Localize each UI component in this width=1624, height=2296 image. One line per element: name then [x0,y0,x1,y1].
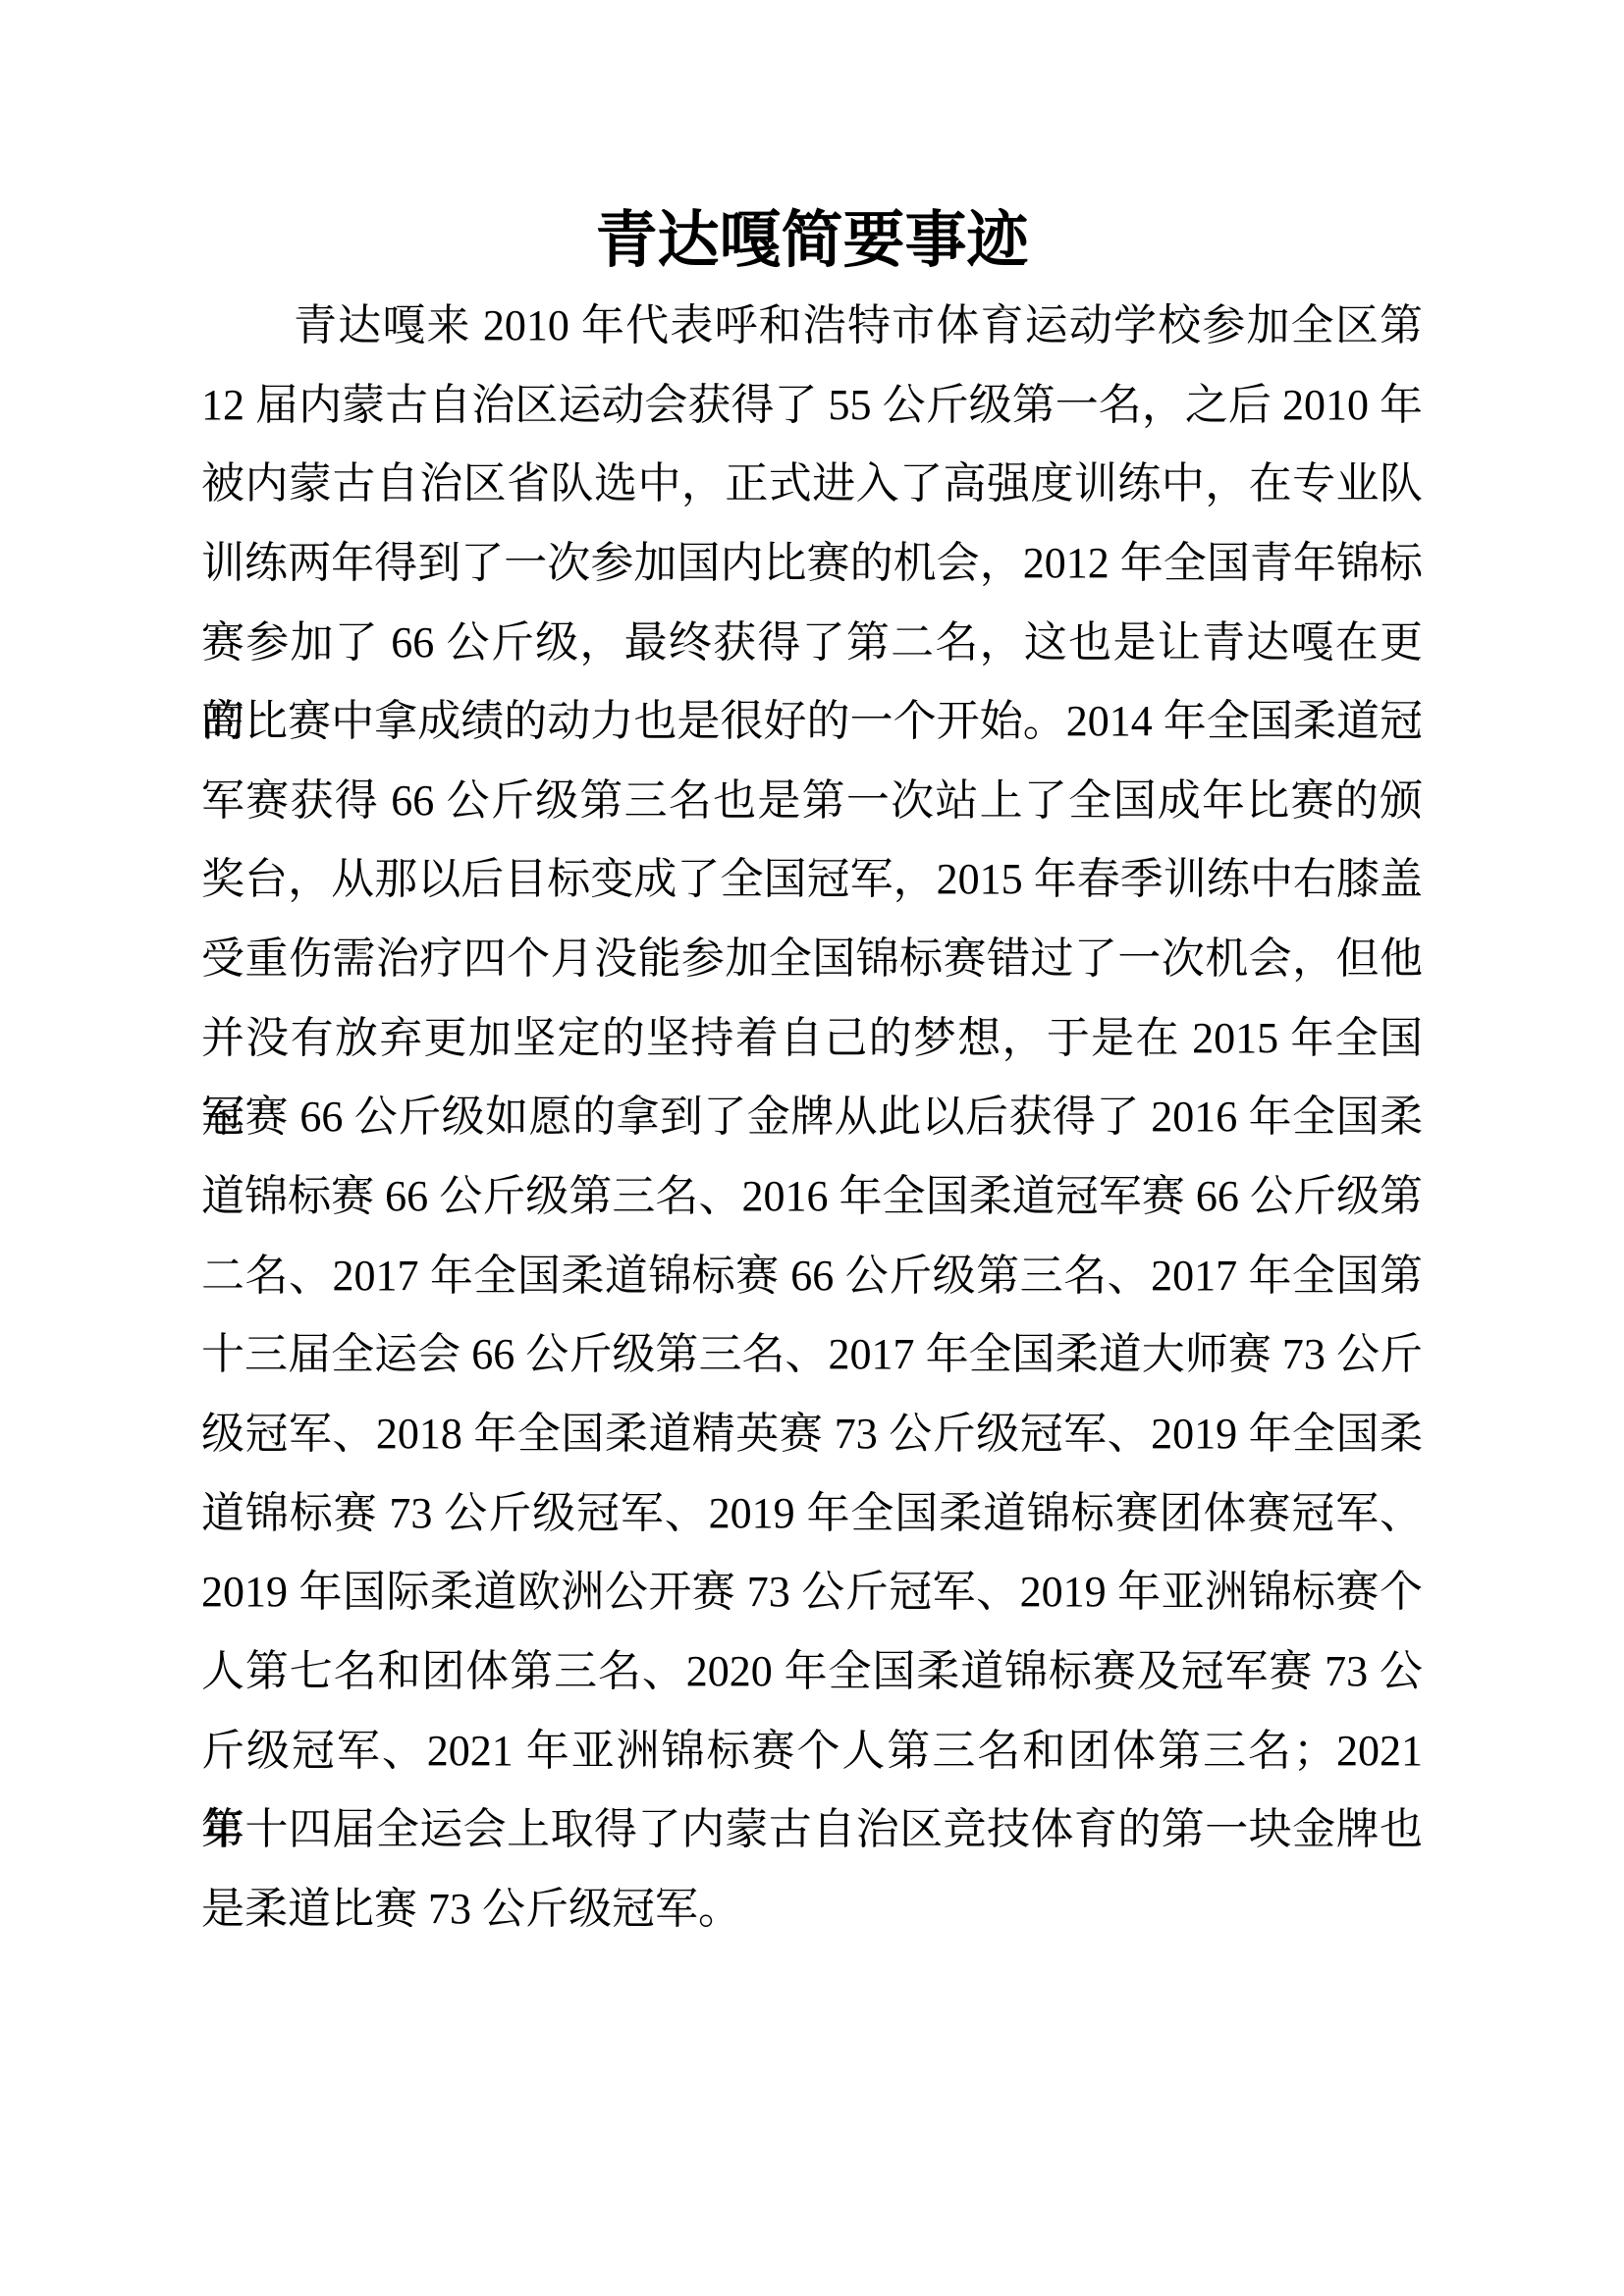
body-line: 二名、2017 年全国柔道锦标赛 66 公斤级第三名、2017 年全国第 [201,1237,1423,1316]
body-line: 被内蒙古自治区省队选中，正式进入了高强度训练中，在专业队 [201,445,1423,524]
body-line: 受重伤需治疗四个月没能参加全国锦标赛错过了一次机会，但他 [201,920,1423,999]
body-line: 军赛获得 66 公斤级第三名也是第一次站上了全国成年比赛的颁 [201,762,1423,841]
body-paragraph: 青达嘎来 2010 年代表呼和浩特市体育运动学校参加全区第 12 届内蒙古自治区… [201,287,1423,1949]
body-line: 训练两年得到了一次参加国内比赛的机会，2012 年全国青年锦标 [201,524,1423,604]
body-line: 是柔道比赛 73 公斤级冠军。 [201,1870,1423,1949]
body-line: 十三届全运会 66 公斤级第三名、2017 年全国柔道大师赛 73 公斤 [201,1315,1423,1395]
body-line: 第十四届全运会上取得了内蒙古自治区竞技体育的第一块金牌也 [201,1790,1423,1870]
document-title: 青达嘎简要事迹 [0,204,1624,277]
body-line: 道锦标赛 66 公斤级第三名、2016 年全国柔道冠军赛 66 公斤级第 [201,1157,1423,1237]
document-page: 青达嘎简要事迹 青达嘎来 2010 年代表呼和浩特市体育运动学校参加全区第 12… [0,0,1624,2296]
body-line: 军赛 66 公斤级如愿的拿到了金牌从此以后获得了 2016 年全国柔 [201,1078,1423,1157]
body-line: 的比赛中拿成绩的动力也是很好的一个开始。2014 年全国柔道冠 [201,682,1423,762]
body-line: 2019 年国际柔道欧洲公开赛 73 公斤冠军、2019 年亚洲锦标赛个 [201,1553,1423,1632]
body-line: 级冠军、2018 年全国柔道精英赛 73 公斤级冠军、2019 年全国柔 [201,1395,1423,1474]
body-line: 赛参加了 66 公斤级，最终获得了第二名，这也是让青达嘎在更高 [201,604,1423,683]
body-line: 青达嘎来 2010 年代表呼和浩特市体育运动学校参加全区第 [201,287,1423,366]
body-line: 12 届内蒙古自治区运动会获得了 55 公斤级第一名，之后 2010 年 [201,366,1423,446]
body-line: 人第七名和团体第三名、2020 年全国柔道锦标赛及冠军赛 73 公 [201,1632,1423,1712]
body-line: 道锦标赛 73 公斤级冠军、2019 年全国柔道锦标赛团体赛冠军、 [201,1474,1423,1554]
body-line: 奖台，从那以后目标变成了全国冠军，2015 年春季训练中右膝盖 [201,840,1423,920]
body-line: 斤级冠军、2021 年亚洲锦标赛个人第三名和团体第三名；2021 年 [201,1712,1423,1791]
body-line: 并没有放弃更加坚定的坚持着自己的梦想，于是在 2015 年全国冠 [201,999,1423,1079]
